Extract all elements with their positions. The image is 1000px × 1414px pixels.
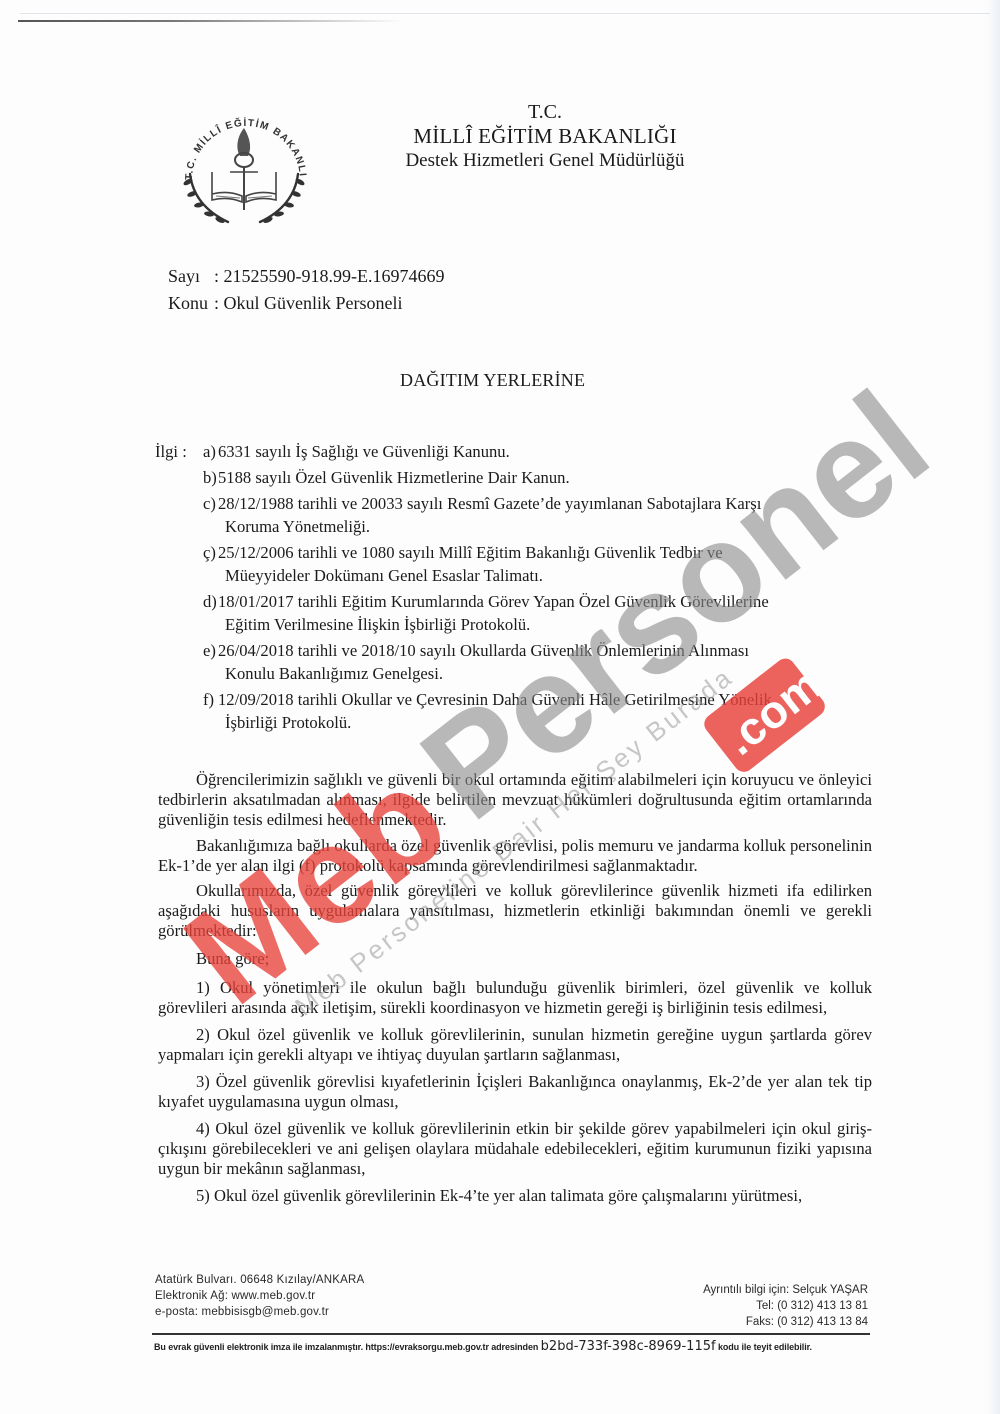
reference-letter: ç) — [203, 541, 218, 564]
body-paragraph: 4) Okul özel güvenlik ve kolluk görevlil… — [158, 1119, 872, 1179]
reference-item: e)26/04/2018 tarihli ve 2018/10 sayılı O… — [160, 639, 870, 685]
footer-contact: Ayrıntılı bilgi için: Selçuk YAŞAR — [703, 1282, 868, 1298]
body-paragraph: Bakanlığımıza bağlı okullarda özel güven… — [158, 836, 872, 876]
footer-contact-block: Ayrıntılı bilgi için: Selçuk YAŞAR Tel: … — [703, 1282, 868, 1330]
esign-note: Bu evrak güvenli elektronik imza ile imz… — [154, 1339, 894, 1354]
footer-fax: Faks: (0 312) 413 13 84 — [703, 1314, 868, 1330]
document-body: Öğrencilerimizin sağlıklı ve güvenli bir… — [158, 770, 872, 1213]
reference-text: 26/04/2018 tarihli ve 2018/10 sayılı Oku… — [218, 641, 749, 660]
reference-item: ç)25/12/2006 tarihli ve 1080 sayılı Mill… — [160, 541, 870, 587]
letterhead: T.C. MİLLÎ EĞİTİM BAKANLIĞI Destek Hizme… — [380, 100, 710, 174]
header-country: T.C. — [380, 100, 710, 124]
reference-letter: c) — [203, 492, 218, 515]
reference-text: 28/12/1988 tarihli ve 20033 sayılı Resmî… — [218, 494, 761, 513]
addressee: DAĞITIM YERLERİNE — [400, 370, 585, 391]
esign-code: b2bd-733f-398c-8969-115f — [541, 1339, 716, 1354]
ministry-seal-icon: T.C. MİLLÎ EĞİTİM BAKANLIĞI — [178, 98, 310, 228]
scan-artifact — [18, 20, 403, 22]
footer-divider — [152, 1333, 870, 1335]
footer-web: Elektronik Ağ: www.meb.gov.tr — [155, 1288, 364, 1304]
meta-number-label: Sayı — [168, 263, 214, 290]
meta-number-value: : 21525590-918.99-E.16974669 — [214, 266, 444, 286]
header-ministry: MİLLÎ EĞİTİM BAKANLIĞI — [380, 124, 710, 148]
reference-text: 25/12/2006 tarihli ve 1080 sayılı Millî … — [218, 543, 723, 562]
reference-text: 12/09/2018 tarihli Okullar ve Çevresinin… — [218, 690, 772, 709]
reference-text: 18/01/2017 tarihli Eğitim Kurumlarında G… — [218, 592, 769, 611]
reference-text: 6331 sayılı İş Sağlığı ve Güvenliği Kanu… — [218, 442, 510, 461]
meta-subject-row: Konu: Okul Güvenlik Personeli — [168, 290, 444, 317]
body-paragraph: Öğrencilerimizin sağlıklı ve güvenli bir… — [158, 770, 872, 830]
scan-artifact — [20, 13, 990, 14]
reference-item: f)12/09/2018 tarihli Okullar ve Çevresin… — [160, 688, 870, 734]
references-list: İlgi :a)6331 sayılı İş Sağlığı ve Güvenl… — [160, 440, 870, 737]
reference-letter: a) — [203, 440, 218, 463]
meta-subject-label: Konu — [168, 290, 214, 317]
reference-item: b)5188 sayılı Özel Güvenlik Hizmetlerine… — [160, 466, 870, 489]
reference-letter: b) — [203, 466, 218, 489]
scan-edge — [986, 0, 1000, 1414]
esign-prefix: Bu evrak güvenli elektronik imza ile imz… — [154, 1342, 538, 1352]
reference-letter: d) — [203, 590, 218, 613]
body-paragraph: 5) Okul özel güvenlik görevlilerinin Ek-… — [158, 1186, 872, 1206]
footer-tel: Tel: (0 312) 413 13 81 — [703, 1298, 868, 1314]
meta-subject-value: : Okul Güvenlik Personeli — [214, 293, 402, 313]
document-meta: Sayı: 21525590-918.99-E.16974669 Konu: O… — [168, 263, 444, 317]
esign-suffix: kodu ile teyit edilebilir. — [718, 1342, 812, 1352]
footer-address-block: Atatürk Bulvarı. 06648 Kızılay/ANKARA El… — [155, 1272, 364, 1320]
reference-text-continued: Koruma Yönetmeliği. — [203, 515, 870, 538]
reference-letter: e) — [203, 639, 218, 662]
footer-address: Atatürk Bulvarı. 06648 Kızılay/ANKARA — [155, 1272, 364, 1288]
body-paragraph: Okullarımızda, özel güvenlik görevlileri… — [158, 881, 872, 941]
reference-text-continued: İşbirliği Protokolü. — [203, 711, 870, 734]
footer-email: e-posta: mebbisisgb@meb.gov.tr — [155, 1304, 364, 1320]
reference-text-continued: Eğitim Verilmesine İlişkin İşbirliği Pro… — [203, 613, 870, 636]
references-label: İlgi : — [155, 440, 187, 463]
body-paragraph: 2) Okul özel güvenlik ve kolluk görevlil… — [158, 1025, 872, 1065]
reference-item: d)18/01/2017 tarihli Eğitim Kurumlarında… — [160, 590, 870, 636]
body-paragraph: Buna göre; — [158, 949, 872, 969]
body-paragraph: 1) Okul yönetimleri ile okulun bağlı bul… — [158, 978, 872, 1018]
reference-item: c)28/12/1988 tarihli ve 20033 sayılı Res… — [160, 492, 870, 538]
body-paragraph: 3) Özel güvenlik görevlisi kıyafetlerini… — [158, 1072, 872, 1112]
reference-item: İlgi :a)6331 sayılı İş Sağlığı ve Güvenl… — [160, 440, 870, 463]
meta-number-row: Sayı: 21525590-918.99-E.16974669 — [168, 263, 444, 290]
reference-text-continued: Konulu Bakanlığımız Genelgesi. — [203, 662, 870, 685]
reference-text-continued: Müeyyideler Dokümanı Genel Esaslar Talim… — [203, 564, 870, 587]
header-department: Destek Hizmetleri Genel Müdürlüğü — [380, 148, 710, 174]
reference-letter: f) — [203, 688, 218, 711]
reference-text: 5188 sayılı Özel Güvenlik Hizmetlerine D… — [218, 468, 570, 487]
